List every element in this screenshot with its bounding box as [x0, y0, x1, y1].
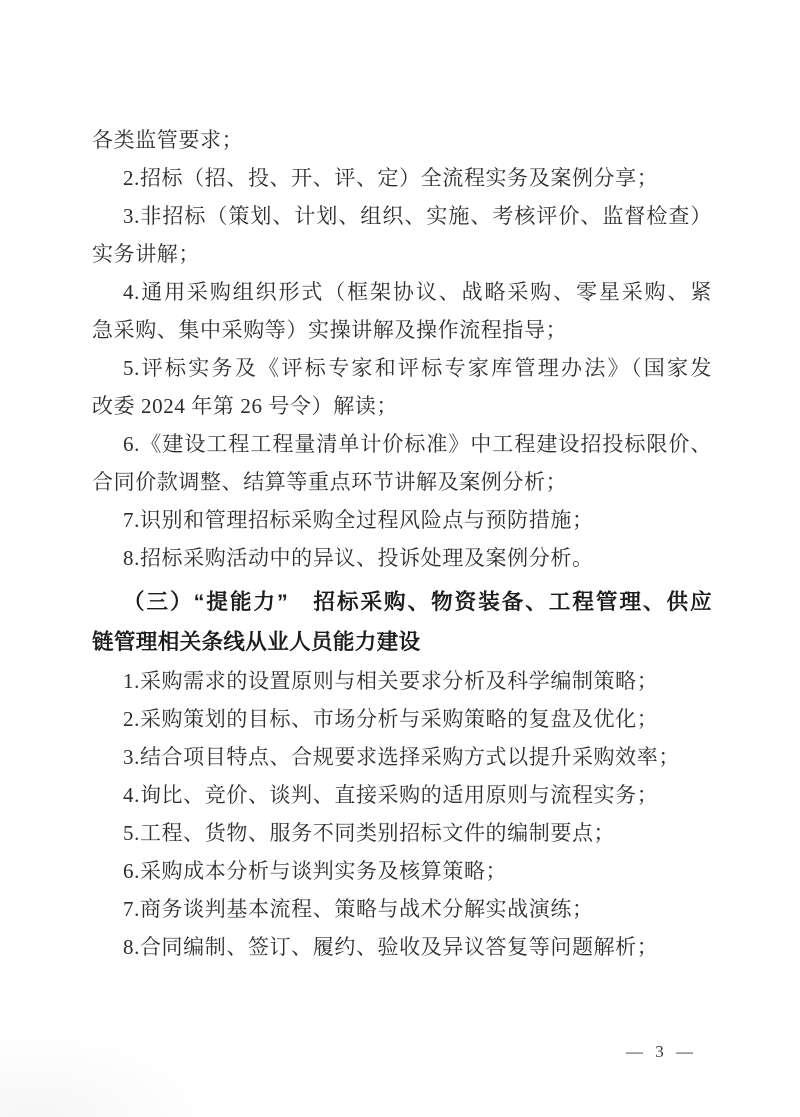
body-line: 改委 2024 年第 26 号令）解读；: [92, 387, 712, 425]
numbered-item: 3.结合项目特点、合规要求选择采购方式以提升采购效率；: [92, 738, 712, 776]
numbered-item: 1.采购需求的设置原则与相关要求分析及科学编制策略；: [92, 662, 712, 700]
numbered-item: 8.合同编制、签订、履约、验收及异议答复等问题解析；: [92, 928, 712, 966]
numbered-item: 2.采购策划的目标、市场分析与采购策略的复盘及优化；: [92, 700, 712, 738]
numbered-item: 4.询比、竞价、谈判、直接采购的适用原则与流程实务；: [92, 776, 712, 814]
body-line: 6.《建设工程工程量清单计价标准》中工程建设招投标限价、: [92, 425, 712, 463]
body-line: 合同价款调整、结算等重点环节讲解及案例分析；: [92, 463, 712, 501]
body-line: 5.评标实务及《评标专家和评标专家库管理办法》（国家发: [92, 349, 712, 387]
body-line: 8.招标采购活动中的异议、投诉处理及案例分析。: [92, 539, 712, 577]
body-line: 4.通用采购组织形式（框架协议、战略采购、零星采购、紧: [92, 273, 712, 311]
page-number: — 3 —: [626, 1042, 697, 1061]
numbered-item: 5.工程、货物、服务不同类别招标文件的编制要点；: [92, 814, 712, 852]
document-body: 各类监管要求； 2.招标（招、投、开、评、定）全流程实务及案例分享； 3.非招标…: [92, 121, 712, 966]
body-line: 3.非招标（策划、计划、组织、实施、考核评价、监督检查）: [92, 197, 712, 235]
body-line: 急采购、集中采购等）实操讲解及操作流程指导；: [92, 311, 712, 349]
body-line: 实务讲解；: [92, 235, 712, 273]
numbered-item: 7.商务谈判基本流程、策略与战术分解实战演练；: [92, 890, 712, 928]
numbered-item: 6.采购成本分析与谈判实务及核算策略；: [92, 852, 712, 890]
body-line: 2.招标（招、投、开、评、定）全流程实务及案例分享；: [92, 159, 712, 197]
section-heading-line-1: （三）“提能力” 招标采购、物资装备、工程管理、供应: [92, 582, 712, 622]
body-line: 7.识别和管理招标采购全过程风险点与预防措施；: [92, 501, 712, 539]
scanned-document-page: 各类监管要求； 2.招标（招、投、开、评、定）全流程实务及案例分享； 3.非招标…: [0, 0, 800, 1117]
body-line: 各类监管要求；: [92, 121, 712, 159]
section-heading-line-2: 链管理相关条线从业人员能力建设: [92, 622, 712, 662]
page-footer: — 3 —: [626, 1041, 697, 1063]
